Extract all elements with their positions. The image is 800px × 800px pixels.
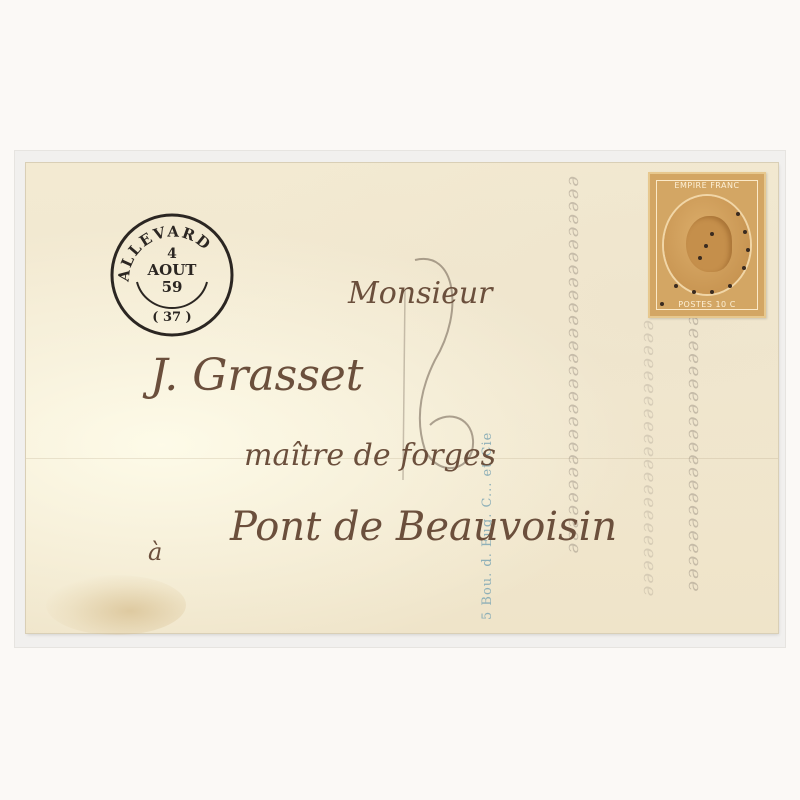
bleed-through-writing: eeeeeeeeeeeeeeeeeeeeeeeeeeeeee (564, 176, 585, 556)
cancel-dot (728, 284, 732, 288)
cancel-dot (746, 248, 750, 252)
postmark-year: 59 (107, 278, 237, 296)
address-salutation: Monsieur (348, 276, 493, 311)
address-title: maître de forges (244, 438, 496, 473)
cancel-dot (704, 244, 708, 248)
cancel-dot (710, 232, 714, 236)
cancel-dot (742, 266, 746, 270)
address-place: Pont de Beauvoisin (230, 504, 617, 550)
paper-stain (46, 575, 186, 635)
bleed-through-writing: eeeeeeeeeeeeeeeeeeeeee (639, 320, 660, 598)
stamp-top-text: EMPIRE FRANC (648, 181, 766, 190)
cancel-dot (736, 212, 740, 216)
postmark-month: AOUT (107, 261, 237, 279)
cancel-dot (710, 290, 714, 294)
portrait-icon (686, 216, 732, 272)
bleed-through-writing: eeeeeeeeeeeeeeeeeeeeeeee (684, 290, 705, 594)
cancel-dot (692, 290, 696, 294)
postmark-department: ( 37 ) (107, 310, 237, 325)
stamp-bottom-text: POSTES 10 C (648, 300, 766, 309)
postmark-day: 4 (107, 246, 237, 262)
cancel-dot (743, 230, 747, 234)
cancel-dot (674, 284, 678, 288)
address-preposition: à (148, 538, 162, 566)
postmark: ALLEVARD 4 AOUT 59 ( 37 ) (107, 212, 237, 338)
cancel-dot (698, 256, 702, 260)
postage-stamp: EMPIRE FRANC POSTES 10 C (648, 172, 766, 318)
address-name: J. Grasset (150, 350, 364, 401)
cancel-dot (660, 302, 664, 306)
